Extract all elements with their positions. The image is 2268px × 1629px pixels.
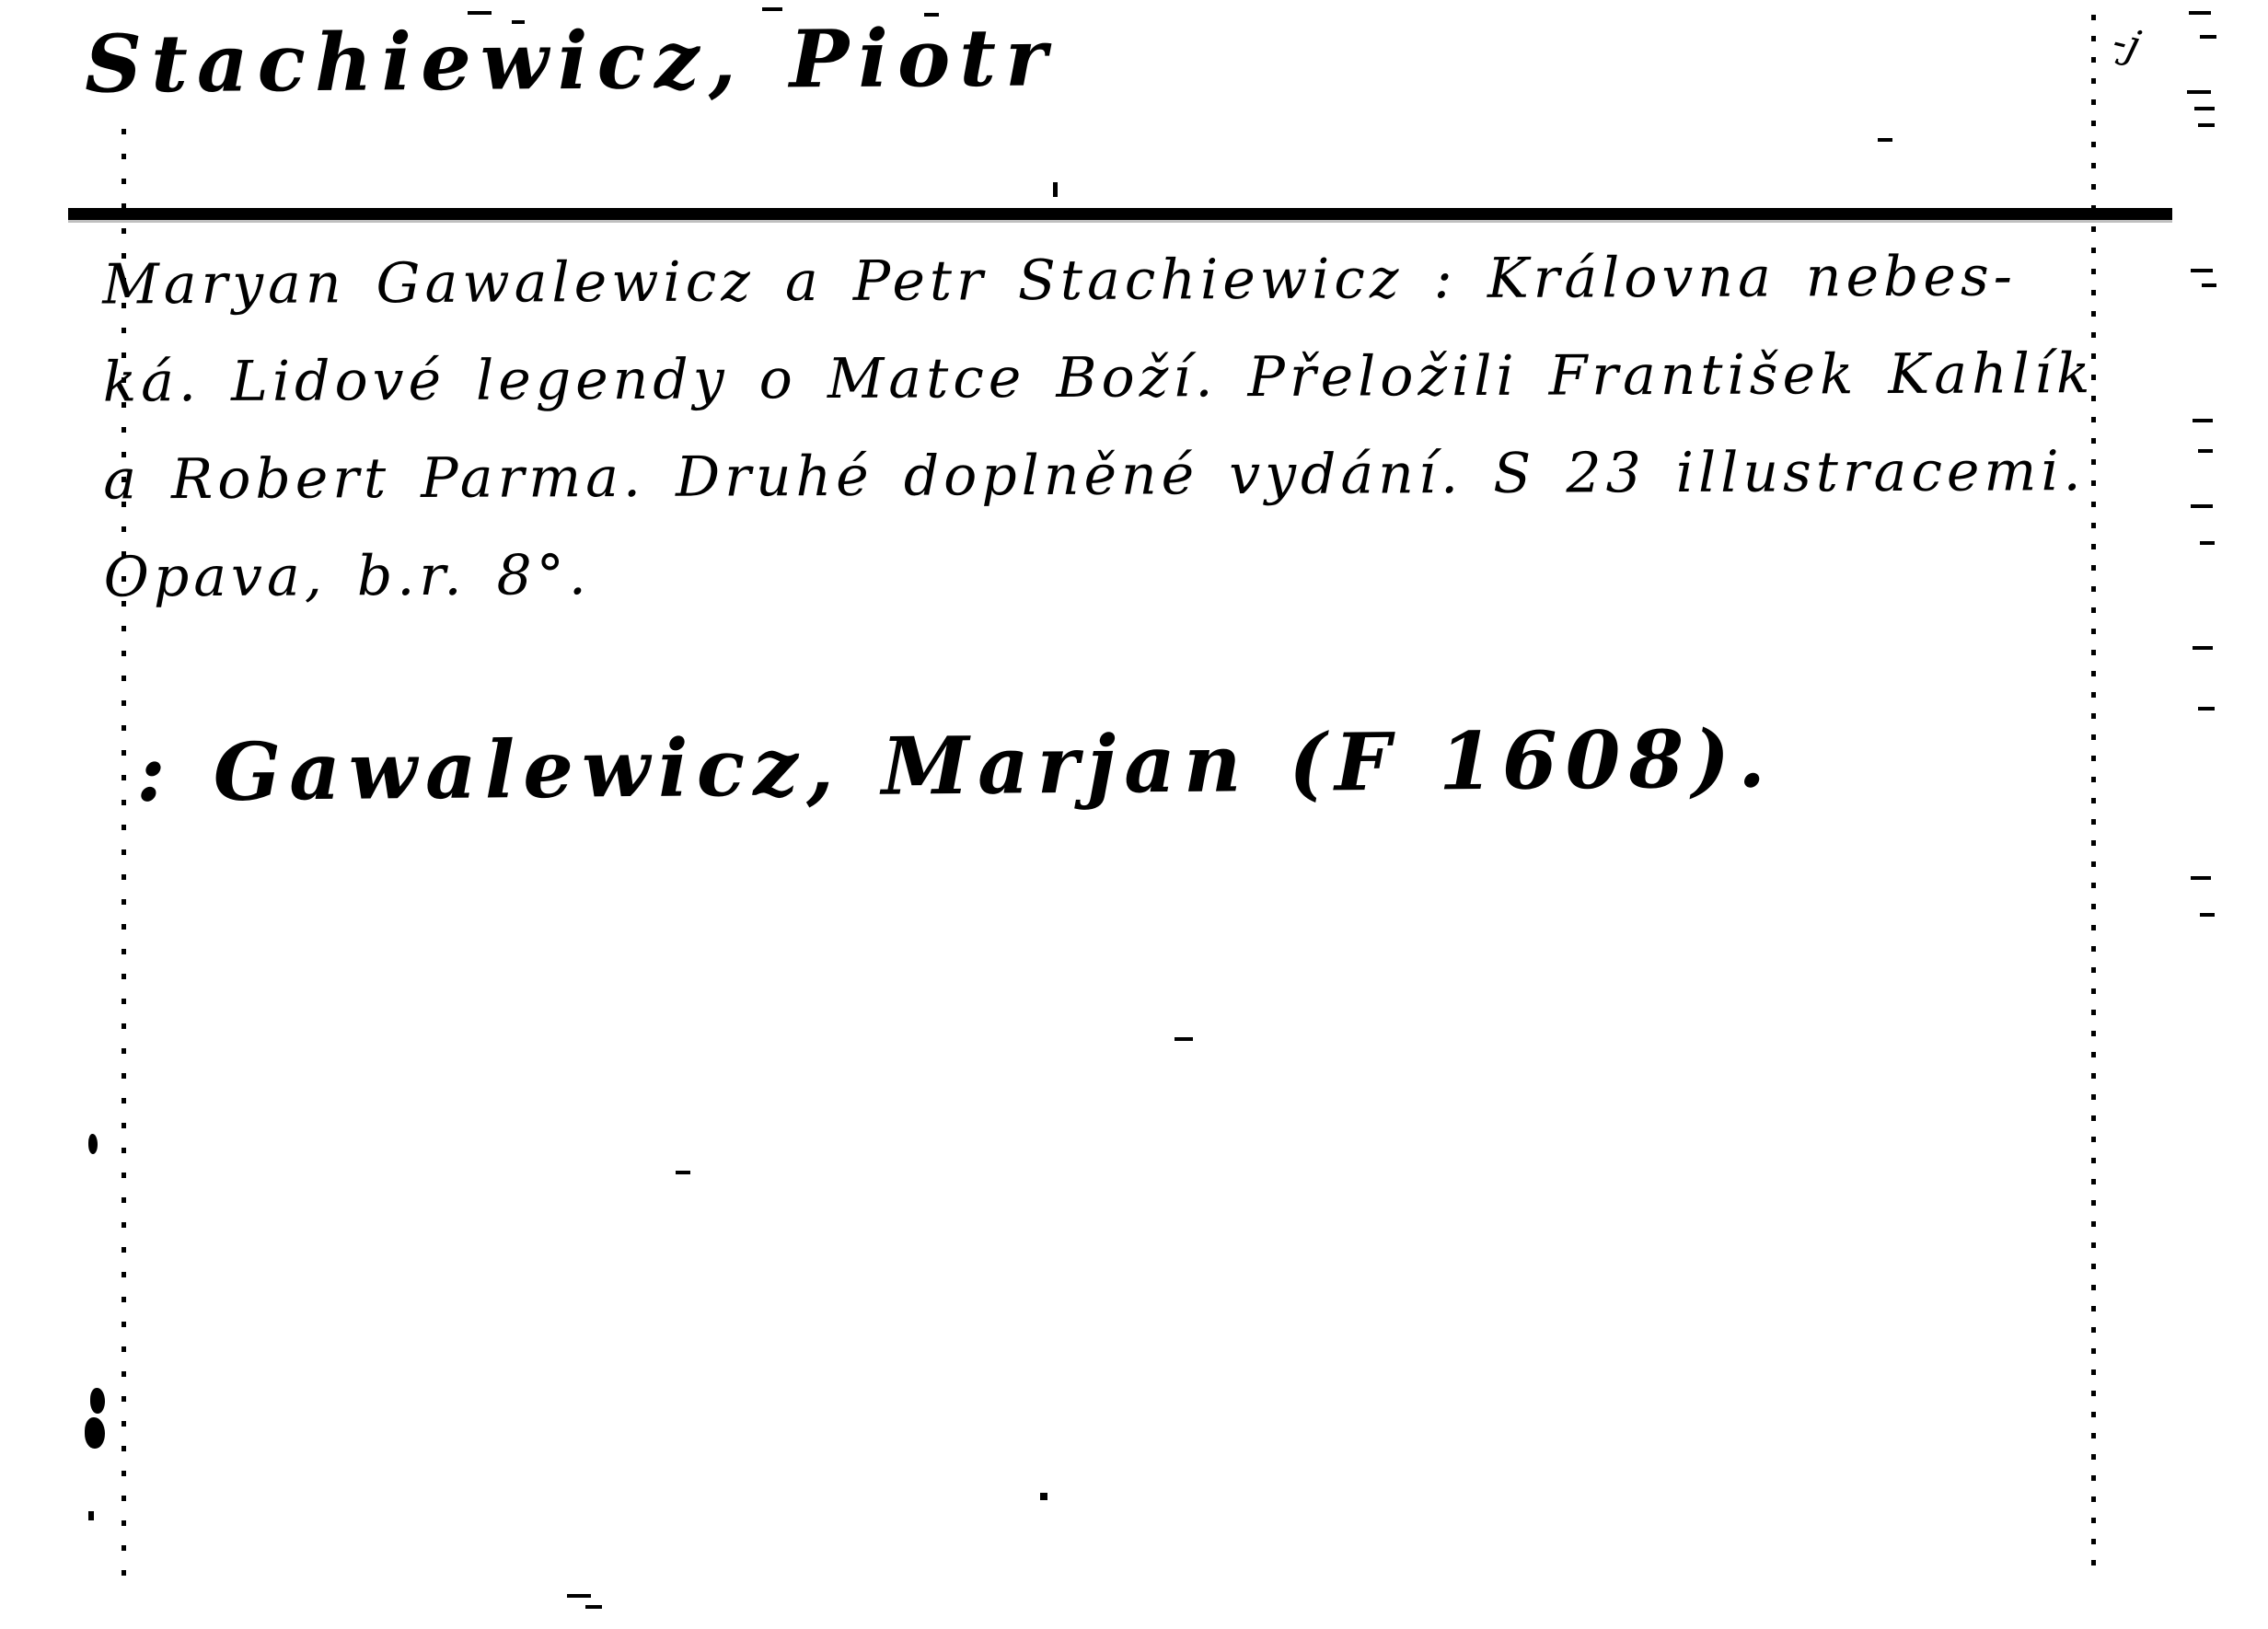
- body-line-3: a Robert Parma. Druhé doplněné vydání. S…: [103, 423, 1999, 529]
- edge-tick: [2191, 876, 2211, 880]
- left-dotted-border: [121, 129, 126, 1578]
- edge-tick: [2198, 707, 2215, 711]
- edge-tick: [2200, 541, 2215, 545]
- card-heading-author: Stachiewicz, Piotr: [85, 11, 1057, 110]
- right-dotted-border: [2091, 15, 2096, 1579]
- edge-tick: [2200, 35, 2216, 39]
- speck: [585, 1605, 602, 1609]
- edge-tick: [2193, 646, 2213, 650]
- speck: [1040, 1493, 1047, 1500]
- speck: [567, 1594, 591, 1598]
- edge-tick: [2198, 449, 2213, 453]
- edge-tick: [2202, 283, 2216, 287]
- speck: [1053, 182, 1058, 197]
- ink-blob: [90, 1388, 105, 1414]
- card-body: Maryan Gawalewicz a Petr Stachiewicz : K…: [102, 228, 2000, 627]
- speck: [468, 11, 492, 15]
- edge-tick: [2193, 419, 2213, 422]
- edge-tick: [2191, 269, 2213, 272]
- body-line-4: Opava, b.r. 8°.: [103, 521, 1999, 627]
- body-line-2: ká. Lidové legendy o Matce Boží. Přeloži…: [103, 326, 1999, 432]
- cross-reference-line: : Gawalewicz, Marjan (F 1608).: [136, 712, 1775, 820]
- speck: [512, 20, 525, 24]
- speck: [762, 7, 782, 11]
- body-line-1: Maryan Gawalewicz a Petr Stachiewicz : K…: [102, 228, 1998, 334]
- ink-blob: [88, 1134, 98, 1154]
- edge-tick: [2200, 913, 2215, 917]
- edge-tick: [2198, 123, 2215, 127]
- speck: [88, 1511, 94, 1520]
- pencil-corner-mark: -j: [2108, 17, 2145, 69]
- edge-tick: [2191, 504, 2213, 508]
- speck: [676, 1171, 690, 1174]
- edge-tick: [2187, 90, 2211, 94]
- heading-divider-rule: [68, 208, 2172, 220]
- speck: [924, 13, 939, 17]
- ink-blob: [85, 1417, 105, 1449]
- speck: [1174, 1037, 1193, 1041]
- edge-tick: [2189, 11, 2211, 15]
- speck: [1878, 138, 1892, 142]
- catalog-card: Stachiewicz, Piotr -j Maryan Gawalewicz …: [0, 0, 2268, 1629]
- edge-tick: [2194, 107, 2215, 110]
